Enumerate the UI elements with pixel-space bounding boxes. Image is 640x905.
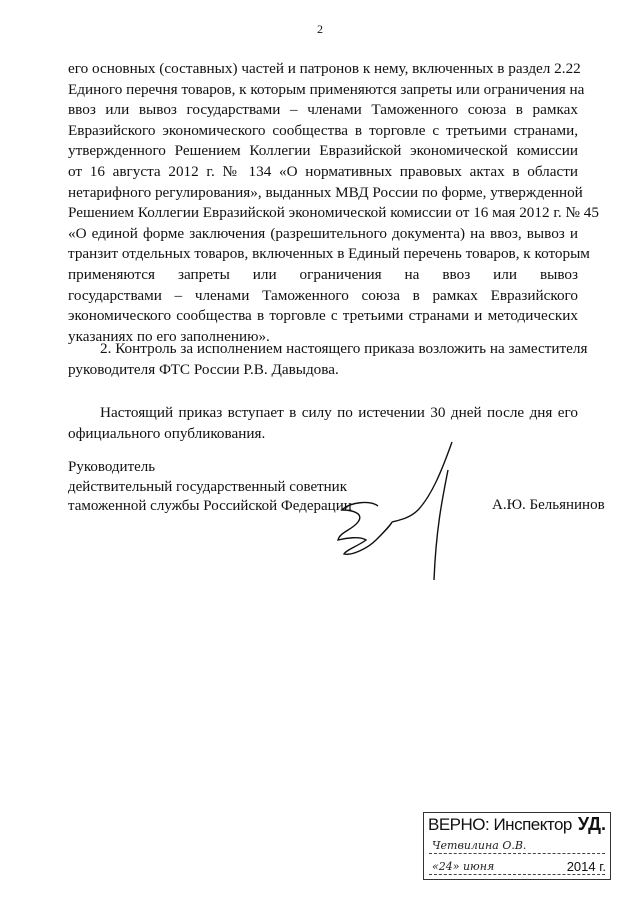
text-line: Настоящий приказ вступает в силу по исте…	[68, 403, 578, 424]
stamp-handwritten-name: Четвилина О.В.	[432, 839, 526, 852]
stamp-year: 2014 г.	[567, 859, 606, 874]
stamp-divider	[429, 874, 605, 875]
text-line: официального опубликования.	[68, 424, 578, 445]
text-line: нетарифного регулирования», выданных МВД…	[68, 183, 578, 204]
paragraph-2: 2. Контроль за исполнением настоящего пр…	[68, 339, 578, 380]
text-line: от 16 августа 2012 г. № 134 «О нормативн…	[68, 162, 578, 183]
text-line: «О единой форме заключения (разрешительн…	[68, 224, 578, 245]
certification-stamp: ВЕРНО: Инспектор УД. Четвилина О.В. «24»…	[423, 812, 611, 880]
stamp-unit: УД.	[578, 814, 606, 835]
text-line: руководителя ФТС России Р.В. Давыдова.	[68, 360, 578, 381]
stamp-label: ВЕРНО: Инспектор	[428, 815, 572, 835]
signatory-title-line: таможенной службы Российской Федерации	[68, 497, 352, 517]
paragraph-3: Настоящий приказ вступает в силу по исте…	[68, 403, 578, 444]
stamp-handwritten-date: «24» июня	[432, 860, 494, 873]
signatory-title-line: Руководитель	[68, 458, 352, 478]
signatory-title: Руководитель действительный государствен…	[68, 458, 352, 517]
text-line: утвержденного Решением Коллегии Евразийс…	[68, 141, 578, 162]
signatory-title-line: действительный государственный советник	[68, 478, 352, 498]
paragraph-1: его основных (составных) частей и патрон…	[68, 59, 578, 347]
signatory-name: А.Ю. Бельянинов	[492, 497, 605, 514]
handwritten-signature	[330, 440, 480, 590]
text-line: 2. Контроль за исполнением настоящего пр…	[68, 339, 578, 360]
text-line: государствами – членами Таможенного союз…	[68, 286, 578, 307]
text-line: Евразийского экономического сообщества в…	[68, 121, 578, 142]
page-number: 2	[0, 22, 640, 37]
text-line: ввоз или вывоз государствами – членами Т…	[68, 100, 578, 121]
text-line: транзит отдельных товаров, включенных в …	[68, 244, 578, 265]
text-line: экономического сообщества в торговле с т…	[68, 306, 578, 327]
stamp-divider	[429, 853, 605, 854]
text-line: Единого перечня товаров, к которым приме…	[68, 80, 578, 101]
text-line: Решением Коллегии Евразийской экономичес…	[68, 203, 578, 224]
text-line: применяются запреты или ограничения на в…	[68, 265, 578, 286]
text-line: его основных (составных) частей и патрон…	[68, 59, 578, 80]
